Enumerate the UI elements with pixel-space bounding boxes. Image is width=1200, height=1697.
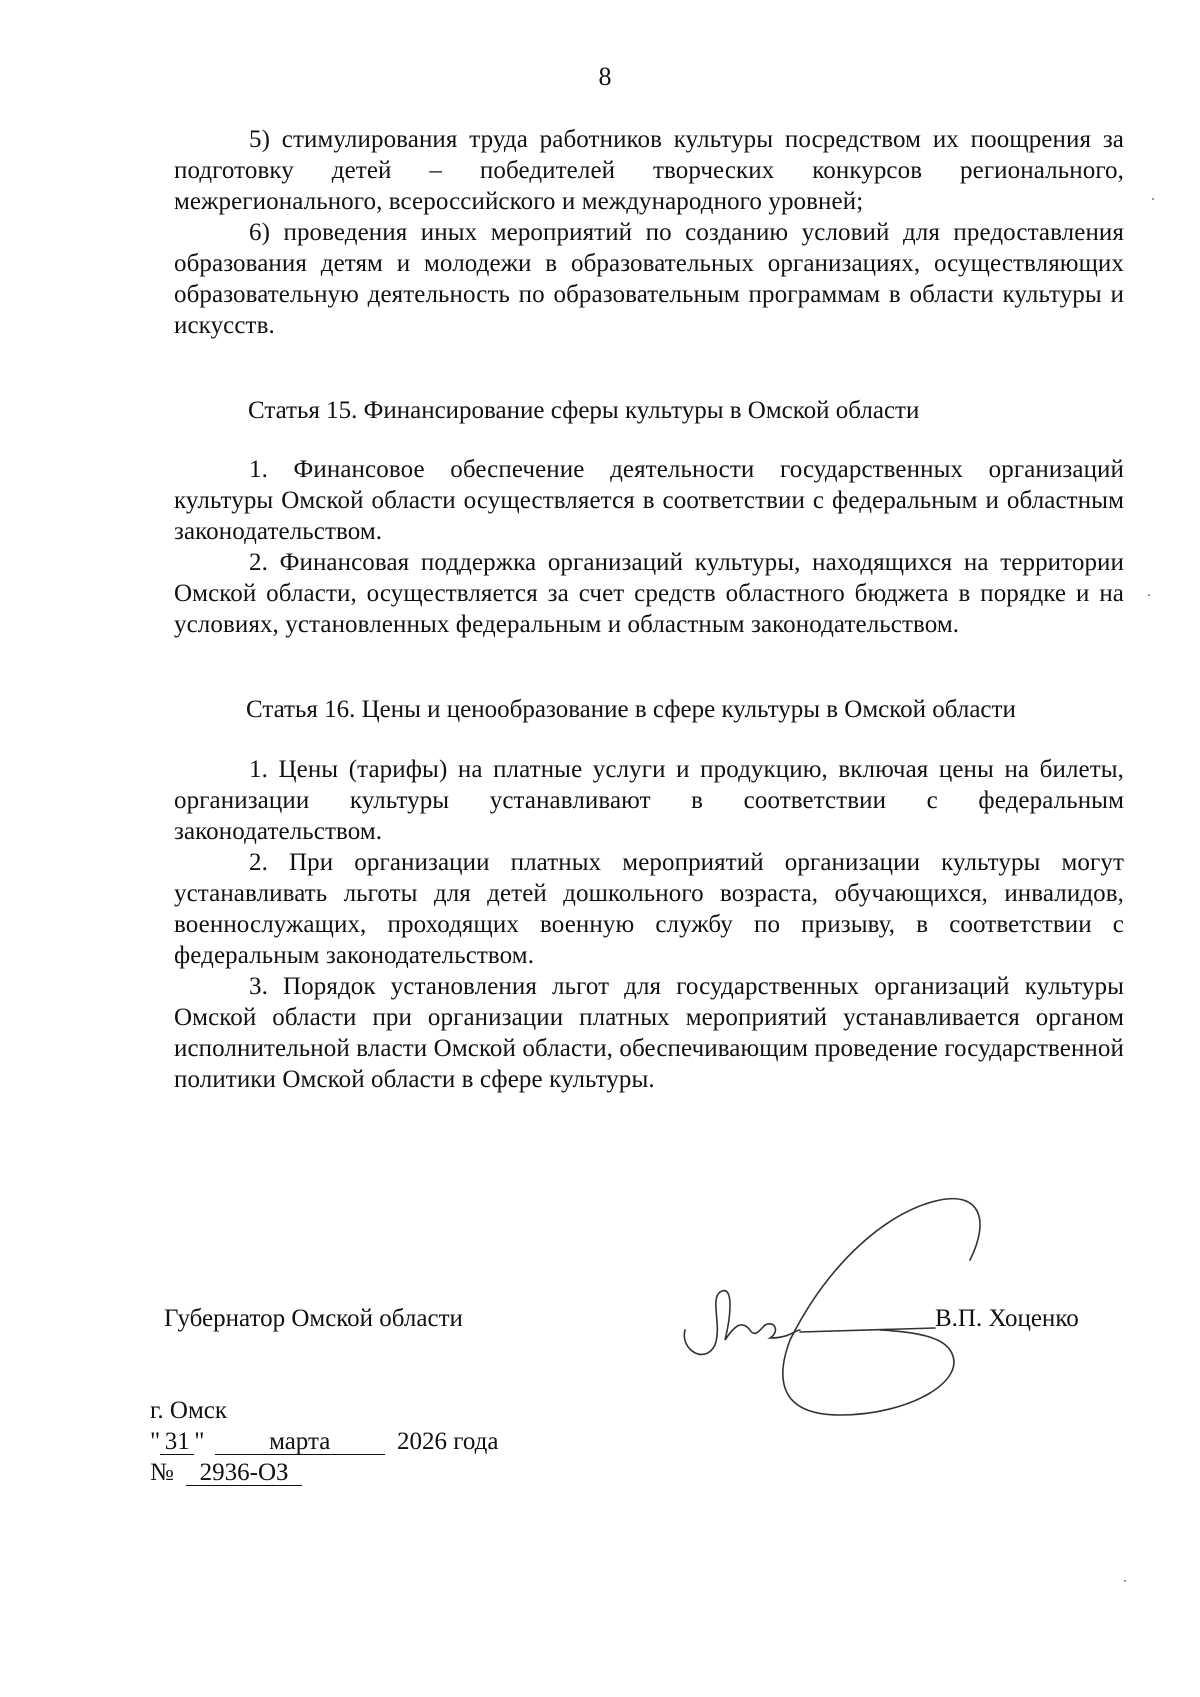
city: г. Омск: [150, 1395, 498, 1426]
date-line: "31" марта 2026 года: [150, 1426, 498, 1457]
date-year: 2026 года: [397, 1428, 498, 1455]
list-items: 5) стимулирования труда работников культ…: [174, 124, 1124, 341]
scan-artifact: [1152, 198, 1154, 200]
scan-artifact: [1124, 1580, 1126, 1582]
signer-position: Губернатор Омской области: [164, 1305, 463, 1333]
article-15-paragraph-2: 2. Финансовая поддержка организаций куль…: [174, 547, 1124, 640]
article-16-paragraph-2: 2. При организации платных мероприятий о…: [174, 847, 1124, 971]
list-item-6: 6) проведения иных мероприятий по создан…: [174, 217, 1124, 341]
date-day: 31: [160, 1430, 194, 1455]
article-16-heading: Статья 16. Цены и ценообразование в сфер…: [246, 694, 1016, 725]
article-15-heading: Статья 15. Финансирование сферы культуры…: [248, 395, 919, 426]
page-number: 8: [0, 62, 1200, 92]
signer-name: В.П. Хоценко: [935, 1305, 1079, 1333]
article-16-paragraph-3: 3. Порядок установления льгот для госуда…: [174, 971, 1124, 1095]
document-page: 8 5) стимулирования труда работников кул…: [0, 0, 1200, 1697]
article-16-body: 1. Цены (тарифы) на платные услуги и про…: [174, 754, 1124, 1095]
article-15-paragraph-1: 1. Финансовое обеспечение деятельности г…: [174, 454, 1124, 547]
article-16-paragraph-1: 1. Цены (тарифы) на платные услуги и про…: [174, 754, 1124, 847]
number-label: №: [150, 1459, 174, 1486]
article-15-body: 1. Финансовое обеспечение деятельности г…: [174, 454, 1124, 640]
scan-artifact: [1148, 594, 1150, 596]
place-date-block: г. Омск "31" марта 2026 года № 2936-ОЗ: [150, 1395, 498, 1488]
list-item-5: 5) стимулирования труда работников культ…: [174, 124, 1124, 217]
document-number-line: № 2936-ОЗ: [150, 1457, 498, 1488]
document-number: 2936-ОЗ: [186, 1461, 302, 1486]
date-month: марта: [215, 1430, 385, 1455]
